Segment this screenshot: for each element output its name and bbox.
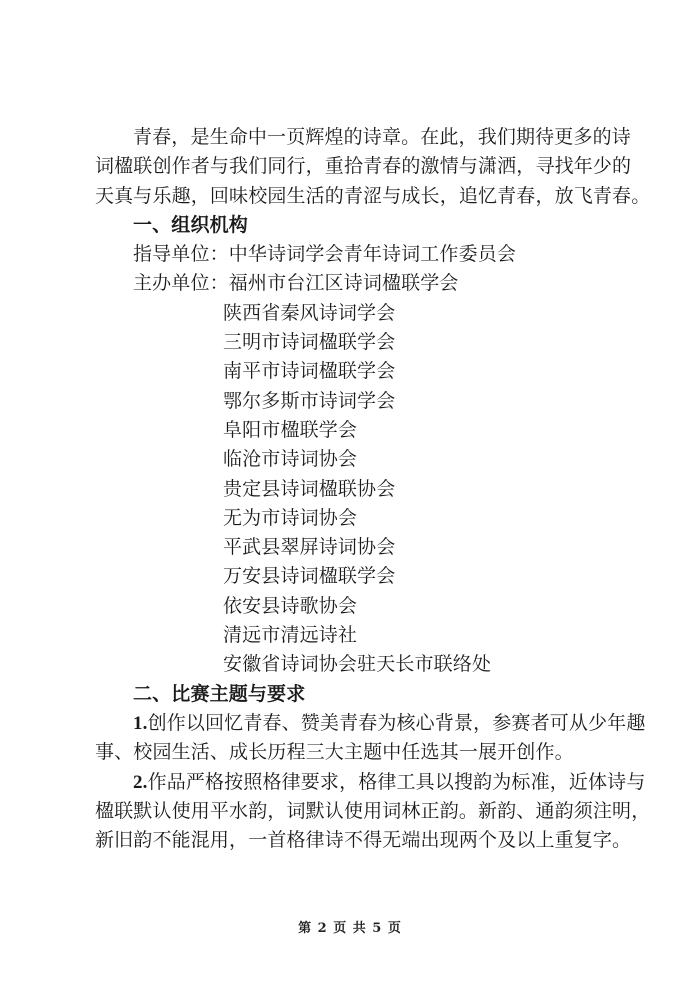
host-unit-item: 阜阳市楹联学会 — [95, 416, 615, 445]
host-unit-item: 南平市诗词楹联学会 — [95, 357, 615, 386]
host-unit-item: 无为市诗词协会 — [95, 504, 615, 533]
host-unit-item: 安徽省诗词协会驻天长市联络处 — [95, 650, 615, 679]
requirement-1-line-1: 1.创作以回忆青春、赞美青春为核心背景，参赛者可从少年趣 — [95, 709, 612, 738]
host-unit-item: 清远市清远诗社 — [95, 621, 615, 650]
requirement-1-text: 创作以回忆青春、赞美青春为核心背景，参赛者可从少年趣 — [148, 712, 646, 734]
requirement-2-number: 2. — [133, 772, 148, 793]
intro-line-3: 天真与乐趣，回味校园生活的青涩与成长，追忆青春，放飞青春。 — [95, 182, 612, 211]
host-unit-item: 三明市诗词楹联学会 — [95, 328, 615, 357]
host-unit-item: 平武县翠屏诗词协会 — [95, 533, 615, 562]
requirement-2-line-1: 2.作品严格按照格律要求，格律工具以搜韵为标准，近体诗与 — [95, 768, 612, 797]
requirement-1-number: 1. — [133, 713, 148, 734]
host-unit-item: 陕西省秦风诗词学会 — [95, 299, 615, 328]
requirement-2-line-2: 楹联默认使用平水韵，词默认使用词林正韵。新韵、通韵须注明， — [95, 797, 612, 826]
section-heading-theme: 二、比赛主题与要求 — [95, 680, 615, 709]
guide-unit-row: 指导单位：中华诗词学会青年诗词工作委员会 — [95, 240, 615, 269]
requirement-1-line-2: 事、校园生活、成长历程三大主题中任选其一展开创作。 — [95, 738, 615, 767]
host-unit-label: 主办单位： — [133, 272, 229, 294]
requirement-2-text: 作品严格按照格律要求，格律工具以搜韵为标准，近体诗与 — [148, 771, 646, 793]
document-body: 青春，是生命中一页辉煌的诗章。在此，我们期待更多的诗 词楹联创作者与我们同行，重… — [95, 123, 615, 855]
section-heading-organization: 一、组织机构 — [95, 211, 615, 240]
host-unit-row: 主办单位：福州市台江区诗词楹联学会 — [95, 269, 615, 298]
page-number: 第 2 页 共 5 页 — [0, 917, 700, 936]
host-unit-item: 万安县诗词楹联学会 — [95, 562, 615, 591]
host-unit-value: 福州市台江区诗词楹联学会 — [229, 272, 459, 294]
host-unit-item: 鄂尔多斯市诗词学会 — [95, 387, 615, 416]
intro-line-2: 词楹联创作者与我们同行，重拾青春的激情与潇洒，寻找年少的 — [95, 152, 612, 181]
guide-unit-value: 中华诗词学会青年诗词工作委员会 — [229, 243, 516, 265]
host-unit-item: 贵定县诗词楹联协会 — [95, 475, 615, 504]
guide-unit-label: 指导单位： — [133, 243, 229, 265]
document-page: 青春，是生命中一页辉煌的诗章。在此，我们期待更多的诗 词楹联创作者与我们同行，重… — [0, 0, 700, 990]
host-unit-item: 临沧市诗词协会 — [95, 445, 615, 474]
intro-line-1: 青春，是生命中一页辉煌的诗章。在此，我们期待更多的诗 — [95, 123, 612, 152]
host-unit-item: 依安县诗歌协会 — [95, 592, 615, 621]
requirement-2-line-3: 新旧韵不能混用，一首格律诗不得无端出现两个及以上重复字。 — [95, 826, 612, 855]
